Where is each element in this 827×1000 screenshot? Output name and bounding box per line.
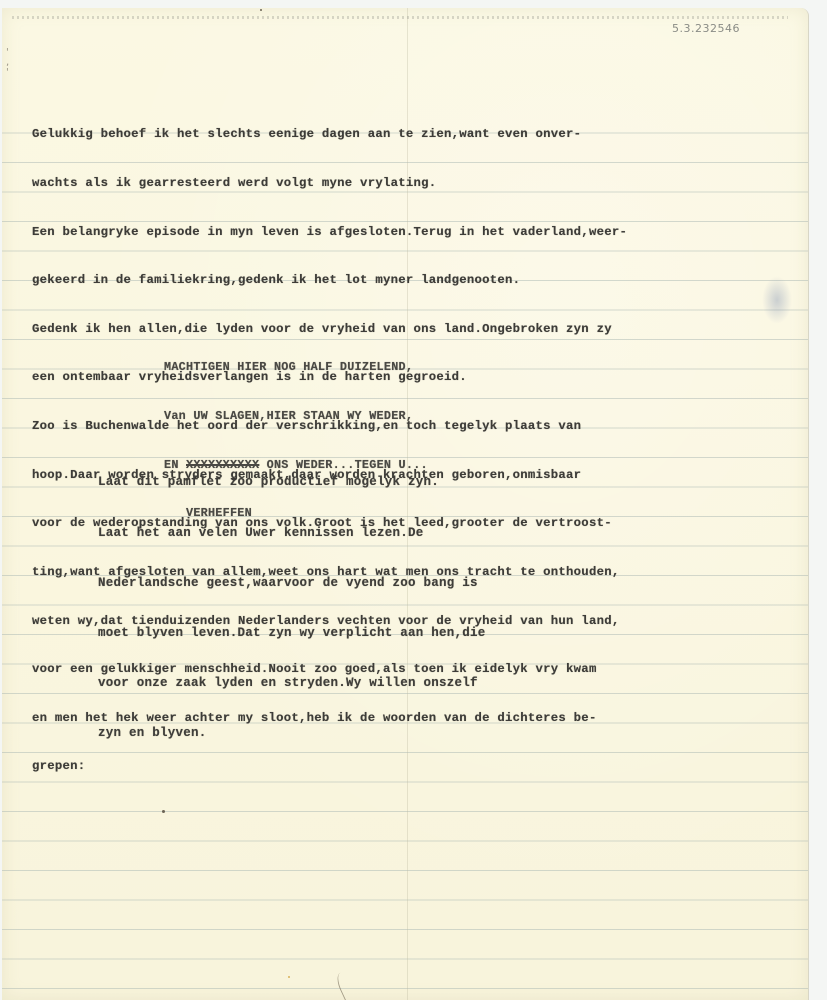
- closing-line: moet blyven leven.Dat zyn wy verplicht a…: [98, 625, 486, 642]
- top-perforated-edge: [12, 16, 788, 19]
- closing-paragraph: Laat dit pamflet zoo productief mogelyk …: [98, 441, 486, 775]
- ink-speck: [162, 810, 165, 813]
- body-line: wachts als ik gearresteerd werd volgt my…: [32, 175, 627, 191]
- scanned-document: 5.3.232546 ' ,' Gelukkig behoef ik het s…: [0, 0, 827, 1000]
- poem-line: Van UW SLAGEN,HIER STAAN WY WEDER,: [164, 408, 428, 424]
- closing-line: voor onze zaak lyden en stryden.Wy wille…: [98, 675, 486, 692]
- typewritten-page: 5.3.232546 ' ,' Gelukkig behoef ik het s…: [2, 8, 809, 1000]
- edge-tear-marks: ' ,': [6, 48, 9, 78]
- poem-line: MACHTIGEN HIER NOG HALF DUIZELEND,: [164, 359, 428, 375]
- body-line: gekeerd in de familiekring,gedenk ik het…: [32, 272, 627, 288]
- body-line: Gelukkig behoef ik het slechts eenige da…: [32, 126, 627, 142]
- archive-number: 5.3.232546: [672, 22, 740, 35]
- closing-line: Laat het aan velen Uwer kennissen lezen.…: [98, 525, 486, 542]
- stain-speck: [288, 976, 290, 978]
- closing-line: Laat dit pamflet zoo productief mogelyk …: [98, 474, 486, 491]
- body-line: Een belangryke episode in myn leven is a…: [32, 224, 627, 240]
- closing-line: zyn en blyven.: [98, 725, 486, 742]
- blue-ink-smudge: [762, 276, 792, 324]
- closing-line: Nederlandsche geest,waarvoor de vyend zo…: [98, 575, 486, 592]
- ink-speck: [260, 9, 262, 11]
